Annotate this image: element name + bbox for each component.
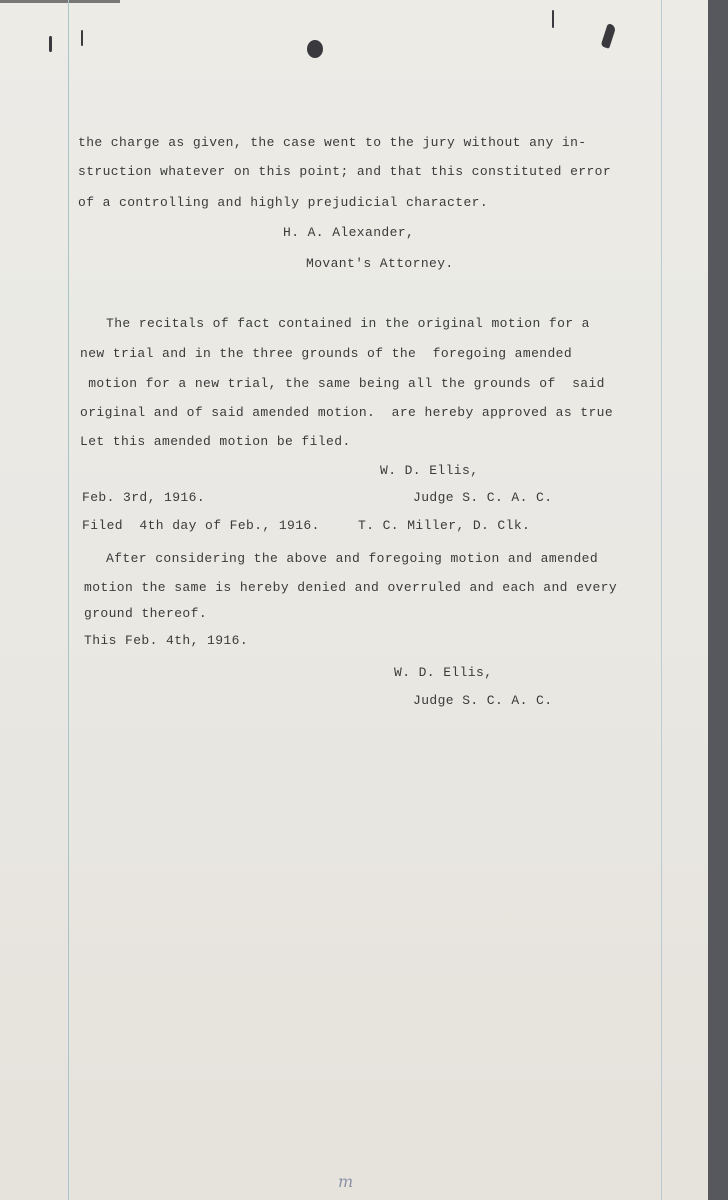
paragraph2-line: original and of said amended motion. are… — [80, 405, 613, 420]
paragraph2-line: motion for a new trial, the same being a… — [80, 376, 605, 391]
page-edge — [0, 0, 120, 3]
paragraph2-line: The recitals of fact contained in the or… — [106, 316, 590, 331]
approval-date: Feb. 3rd, 1916. — [82, 490, 205, 505]
attorney-title: Movant's Attorney. — [306, 256, 454, 271]
paragraph2-line: Let this amended motion be filed. — [80, 434, 351, 449]
paragraph1-line: the charge as given, the case went to th… — [78, 135, 586, 150]
background-surface — [708, 0, 728, 1200]
paragraph3-line: ground thereof. — [84, 606, 207, 621]
paragraph3-line: motion the same is hereby denied and ove… — [84, 580, 617, 595]
tear-mark-icon — [552, 10, 554, 28]
judge-title: Judge S. C. A. C. — [413, 490, 552, 505]
judge-name: W. D. Ellis, — [380, 463, 478, 478]
paragraph1-line: of a controlling and highly prejudicial … — [78, 195, 488, 210]
right-margin-line — [661, 0, 662, 1200]
tear-mark-icon — [49, 36, 52, 52]
punch-hole-icon — [307, 40, 323, 58]
paragraph1-line: struction whatever on this point; and th… — [78, 164, 611, 179]
tear-mark-icon — [601, 23, 617, 49]
filing-date: Filed 4th day of Feb., 1916. — [82, 518, 320, 533]
paragraph3-line: After considering the above and foregoin… — [106, 551, 598, 566]
judge-name: W. D. Ellis, — [394, 665, 492, 680]
judge-title: Judge S. C. A. C. — [413, 693, 552, 708]
handwritten-mark: m — [338, 1172, 353, 1191]
clerk-name: T. C. Miller, D. Clk. — [358, 518, 530, 533]
paragraph2-line: new trial and in the three grounds of th… — [80, 346, 572, 361]
order-date: This Feb. 4th, 1916. — [84, 633, 248, 648]
tear-mark-icon — [81, 30, 83, 46]
document-page: the charge as given, the case went to th… — [0, 0, 708, 1200]
left-margin-line — [68, 0, 69, 1200]
attorney-name: H. A. Alexander, — [283, 225, 414, 240]
